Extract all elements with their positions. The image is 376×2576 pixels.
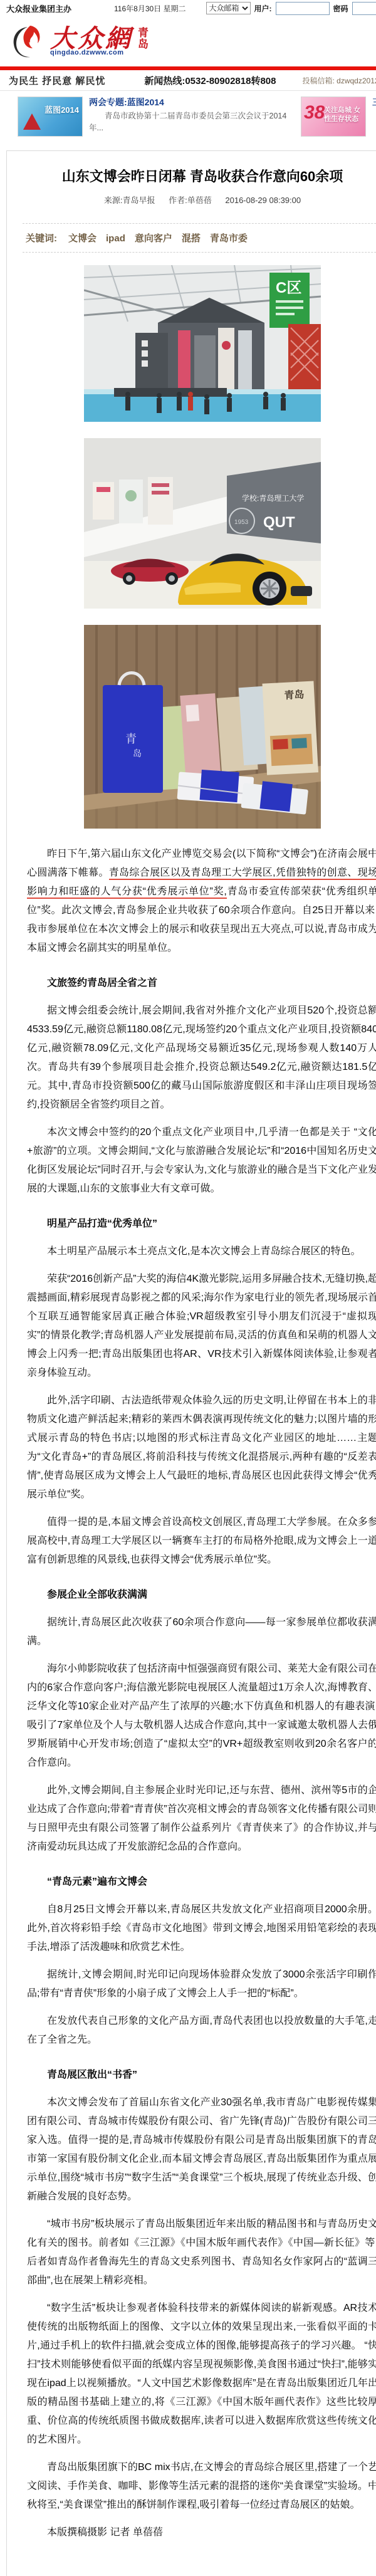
article-paragraph: “城市书房”板块展示了青岛出版集团近年来出版的精品图书和与青岛历史文化有关的图书… <box>27 2215 376 2290</box>
keywords-list: 文博会ipad意向客户混搭青岛市委 <box>68 233 257 244</box>
article-paragraph: 昨日下午,第六届山东文化产业博览交易会(以下简称“文博会”)在济南会展中心圆满落… <box>27 845 376 958</box>
teaser-summary: 青岛市政协第十二届青岛市委员会第三次会议于2014年... <box>89 110 301 134</box>
article-subhead: “青岛元素”遍布文博会 <box>27 1873 376 1892</box>
article-paragraph: 据统计,文博会期间,时光印记向现场体验群众发放了3000余张活字印刷作品;带有“… <box>27 1966 376 2003</box>
article-meta: 来源:青岛早报 作者:单蓓蓓 2016-08-29 08:39:00 <box>27 194 376 206</box>
site-header: 大众網 qingdao.dzwww.com 青岛 <box>0 16 376 66</box>
article-paragraph: 此外,活字印刷、古法造纸带观众体验久远的历史文明,让停留在书本上的非物质文化遗产… <box>27 1391 376 1504</box>
photo2-wall-text: 学校:青岛理工大学 <box>242 493 304 503</box>
logo-city-label: 青岛 <box>138 28 149 50</box>
article-datetime: 2016-08-29 08:39:00 <box>225 196 301 205</box>
page-viewport: 大众报业集团主办 116年8月30日 星期二 大众邮箱 用户: 密码 大众網 q… <box>0 0 376 2576</box>
article-paragraph: 青岛出版集团旗下的BC mix书店,在文博会的青岛综合展区里,搭建了一个艺文阅读… <box>27 2458 376 2515</box>
login-zone: 大众邮箱 用户: 密码 <box>206 2 376 15</box>
article-paragraph: 本土明星产品展示本土亮点文化,是本次文博会上青岛综合展区的特色。 <box>27 1242 376 1261</box>
article-paragraph: 本次文博会中签约的20个重点文化产业项目中,几乎清一色都是关于 “文化+旅游”的… <box>27 1123 376 1198</box>
article-paragraph: 自8月25日文博会开幕以来,青岛展区共发放文化产业招商项目2000余册。此外,首… <box>27 1900 376 1957</box>
article-subhead: 明星产品打造“优秀单位” <box>27 1215 376 1233</box>
keyword-link[interactable]: 文博会 <box>68 233 97 244</box>
password-input[interactable] <box>352 2 376 15</box>
teaser-item-womens-day: 38 关注岛城 女性生存状态 三八妇女节 国际劳动妇女节的全合国妇女权益和国际和… <box>301 97 376 137</box>
news-hotline: 新闻热线:0532-80902818转808 <box>144 74 276 87</box>
user-label: 用户: <box>254 3 272 14</box>
article-paragraph: 此外,文博会期间,自主参展企业时光印记,还与东营、德州、滨州等5市的企业达成了合… <box>27 1781 376 1856</box>
teaser-title-link[interactable]: 两会专题:蓝图2014 <box>89 97 301 108</box>
slogan-row: 为民生 抒民意 解民忧 新闻热线:0532-80902818转808 投稿信箱:… <box>0 70 376 90</box>
article-paragraph: 本版撰稿摄影 记者 单蓓蓓 <box>27 2523 376 2542</box>
article-body: 昨日下午,第六届山东文化产业博览交易会(以下简称“文博会”)在济南会展中心圆满落… <box>27 845 376 2542</box>
svg-text:青: 青 <box>125 733 137 745</box>
topbar: 大众报业集团主办 116年8月30日 星期二 大众邮箱 用户: 密码 <box>0 0 376 16</box>
keyword-link[interactable]: 混搭 <box>182 233 201 244</box>
teaser-thumbnail-lantu2014[interactable]: 蓝图2014 <box>18 97 83 137</box>
logo-text-block[interactable]: 大众網 qingdao.dzwww.com <box>50 26 133 56</box>
photo2-year: 1953 <box>234 519 249 526</box>
article-subhead: 参展企业全部收获满满 <box>27 1586 376 1605</box>
article-paragraph: 据统计,青岛展区此次收获了60余项合作意向——每一家参展单位都收获满满。 <box>27 1613 376 1651</box>
teaser-row: 蓝图2014 两会专题:蓝图2014 青岛市政协第十二届青岛市委员会第三次会议于… <box>0 90 376 144</box>
article-paragraph: 海尔小帅影院收获了包括济南中恒强强商贸有限公司、莱芜大金有限公司在内的6家合作意… <box>27 1660 376 1772</box>
article-author: 作者:单蓓蓓 <box>169 196 212 205</box>
teaser-body: 三八妇女节 国际劳动妇女节的全合国妇女权益和国际和平 <box>372 97 376 137</box>
article-paragraph: “数字生活”板块让参观者体验科技带来的新媒体阅读的崭新观感。AR技术使传统的出版… <box>27 2299 376 2449</box>
article-title: 山东文博会昨日闭幕 青岛收获合作意向60余项 <box>27 167 376 186</box>
mailbox-select[interactable]: 大众邮箱 <box>206 2 251 14</box>
teaser-thumb-label: 关注岛城 女性生存状态 <box>324 106 363 123</box>
photo3-box-title: 青岛 <box>284 688 305 701</box>
article-subhead: 青岛展区散出“书香” <box>27 2066 376 2085</box>
user-input[interactable] <box>276 2 330 15</box>
teaser-body: 两会专题:蓝图2014 青岛市政协第十二届青岛市委员会第三次会议于2014年..… <box>89 97 301 137</box>
article-container: 山东文博会昨日闭幕 青岛收获合作意向60余项 来源:青岛早报 作者:单蓓蓓 20… <box>6 150 376 2576</box>
article-source: 来源:青岛早报 <box>104 196 155 205</box>
svg-text:岛: 岛 <box>133 748 142 758</box>
photo1-zone-sign: C区 <box>276 280 301 296</box>
mailbox-address: dzwqdz2012@1 <box>337 76 376 85</box>
date-label: 116年8月30日 星期二 <box>114 3 186 14</box>
keyword-link[interactable]: 意向客户 <box>135 233 172 244</box>
keyword-link[interactable]: ipad <box>106 233 125 244</box>
teaser-title-link[interactable]: 三八妇女节 <box>372 97 376 108</box>
site-host-label: 大众报业集团主办 <box>6 3 71 14</box>
blue-gift-bag: 青 岛 <box>103 673 163 793</box>
contribute-mailbox: 投稿信箱: dzwqdz2012@1 <box>302 75 376 86</box>
teaser-item-lantu2014: 蓝图2014 两会专题:蓝图2014 青岛市政协第十二届青岛市委员会第三次会议于… <box>18 97 301 137</box>
teaser-thumb-label: 蓝图2014 <box>44 103 79 115</box>
password-label: 密码 <box>333 3 348 14</box>
article-paragraph: 本次文博会发布了首届山东省文化产业30强名单,我市青岛广电影视传媒集团有限公司、… <box>27 2093 376 2206</box>
teaser-thumb-38: 38 <box>304 102 325 123</box>
article-paragraph: 值得一提的是,本届文博会首设高校文创展区,青岛理工大学参展。在众多参展高校中,青… <box>27 1513 376 1569</box>
logo-domain: qingdao.dzwww.com <box>50 49 133 56</box>
keywords-label: 关键词: <box>26 233 57 244</box>
article-paragraph: 荣获“2016创新产品”大奖的海信4K激光影院,运用多屏融合技术,无缝切换,超震… <box>27 1270 376 1383</box>
logo-wordmark: 大众網 <box>50 26 133 51</box>
photo2-qut-logo: QUT <box>263 514 295 531</box>
pagoda-shape <box>23 113 41 130</box>
teaser-thumbnail-womens-day[interactable]: 38 关注岛城 女性生存状态 <box>301 97 366 137</box>
article-paragraph: 在发放代表自己形象的文化产品方面,青岛代表团也以投放数量的大手笔,走在了全省之先… <box>27 2012 376 2050</box>
article-subhead: 文旅签约青岛居全省之首 <box>27 974 376 993</box>
mailbox-label: 投稿信箱: <box>302 76 334 85</box>
article-photo-qut-cars: 学校:青岛理工大学 1953 QUT <box>84 438 321 609</box>
site-slogan: 为民生 抒民意 解民忧 <box>9 74 105 87</box>
keyword-link[interactable]: 青岛市委 <box>210 233 248 244</box>
dzwww-flame-logo-icon[interactable] <box>9 22 48 61</box>
keywords-bar: 关键词:文博会ipad意向客户混搭青岛市委 <box>7 224 376 252</box>
article-photo-exhibition-hall: C区 <box>84 265 321 422</box>
article-photo-books-display: 青岛 青 岛 <box>84 625 321 829</box>
teaser-summary: 国际劳动妇女节的全合国妇女权益和国际和平 <box>372 110 376 122</box>
article-photos: C区 <box>27 253 376 829</box>
article-paragraph: 据文博会组委会统计,展会期间,我省对外推介文化产业项目520个,投资总额4533… <box>27 1002 376 1114</box>
